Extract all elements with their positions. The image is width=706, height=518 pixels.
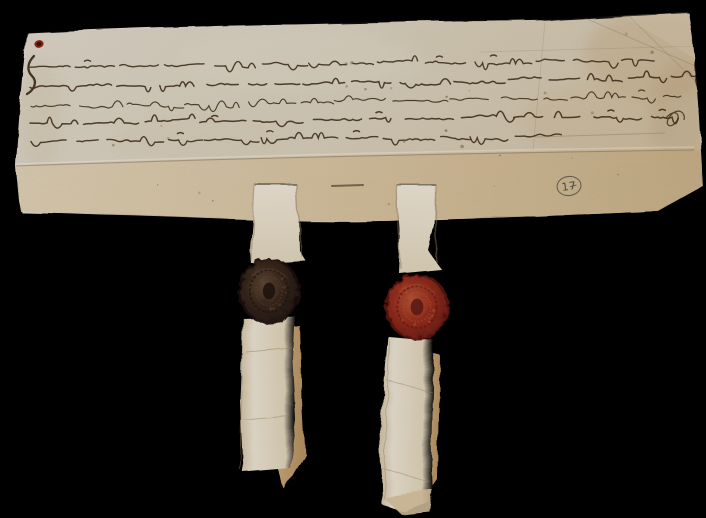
speck xyxy=(198,191,201,194)
speck xyxy=(157,184,158,185)
speck xyxy=(212,200,214,202)
right-seal-relief-dot xyxy=(413,323,416,326)
speck xyxy=(445,96,447,98)
speck xyxy=(571,157,573,159)
speck xyxy=(617,174,619,176)
speck xyxy=(345,85,348,88)
right-seal-central-device xyxy=(411,299,424,316)
speck xyxy=(160,125,162,127)
left-seal-relief-dot xyxy=(278,303,280,305)
left-seal-relief-dot xyxy=(281,277,284,280)
left-seal-central-device xyxy=(263,283,275,300)
speck xyxy=(390,87,392,89)
speck xyxy=(364,88,366,90)
left-seal-relief-dot xyxy=(283,286,286,289)
speck xyxy=(625,32,628,35)
right-seal-relief-dot xyxy=(433,311,435,313)
left-seal-relief-dot xyxy=(251,282,253,284)
left-seal xyxy=(238,258,300,324)
speck xyxy=(494,185,495,186)
right-seal-relief-dot xyxy=(400,295,402,297)
speck xyxy=(544,92,547,95)
left-tag-upper-strip xyxy=(250,184,305,263)
left-seal-relief-dot xyxy=(272,307,275,310)
photo-stage: 17 xyxy=(0,0,706,518)
left-seal-relief-dot xyxy=(251,290,253,292)
speck xyxy=(499,155,501,157)
speck xyxy=(591,111,594,114)
left-seal-relief-dot xyxy=(269,307,272,310)
speck xyxy=(388,203,390,205)
charter-photograph: 17 xyxy=(0,0,706,518)
speck xyxy=(445,129,448,132)
right-seal-relief-dot xyxy=(431,314,435,318)
right-seal-relief-dot xyxy=(428,320,431,323)
archival-number: 17 xyxy=(561,179,578,194)
speck xyxy=(650,51,653,54)
right-seal-relief-dot xyxy=(401,318,404,321)
speck xyxy=(460,145,464,149)
right-seal xyxy=(385,274,449,340)
right-seal-relief-dot xyxy=(428,317,431,320)
left-seal-relief-dot xyxy=(257,275,259,277)
empty-tag-slit xyxy=(332,185,363,186)
right-seal-relief-dot xyxy=(405,291,408,294)
speck xyxy=(469,90,470,91)
left-tag-lower-strip xyxy=(240,316,296,472)
speck xyxy=(112,144,115,147)
left-seal-relief-dot xyxy=(285,292,287,294)
